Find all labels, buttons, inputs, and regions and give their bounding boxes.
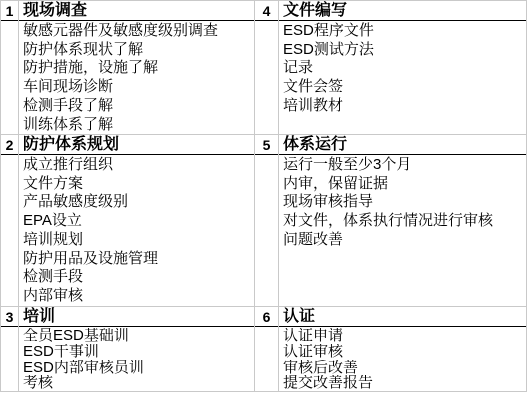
list-item: 现场审核指导 xyxy=(283,193,526,212)
list-item: 培训规划 xyxy=(23,231,254,250)
section-2-number-column: 2 xyxy=(1,135,19,306)
list-item: 防护措施，设施了解 xyxy=(23,59,254,78)
list-item: ESD测试方法 xyxy=(283,41,526,60)
section-2: 2 防护体系规划 成立推行组织 文件方案 产品敏感度级别 EPA设立 培训规划 … xyxy=(1,135,254,306)
section-6-content: 认证 认证申请 认证审核 审核后改善 提交改善报告 xyxy=(279,307,526,391)
list-item: 运行一般至少3个月 xyxy=(283,156,526,175)
section-4-items: ESD程序文件 ESD测试方法 记录 文件会签 培训教材 xyxy=(279,21,526,134)
list-item: ESD干事训 xyxy=(23,344,254,360)
list-item: 车间现场诊断 xyxy=(23,78,254,97)
list-item: 对文件，体系执行情况进行审核 xyxy=(283,212,526,231)
list-item: ESD内部审核员训 xyxy=(23,360,254,376)
list-item: 文件方案 xyxy=(23,175,254,194)
section-1-number: 1 xyxy=(1,1,18,21)
list-item: 成立推行组织 xyxy=(23,156,254,175)
section-6-number-column: 6 xyxy=(254,307,279,391)
list-item: 全员ESD基础训 xyxy=(23,328,254,344)
list-item: 防护体系现状了解 xyxy=(23,41,254,60)
section-5-number: 5 xyxy=(255,135,278,155)
section-5-number-column: 5 xyxy=(254,135,279,306)
section-6-items: 认证申请 认证审核 审核后改善 提交改善报告 xyxy=(279,327,526,391)
table-band-1: 1 现场调查 敏感元器件及敏感度级别调查 防护体系现状了解 防护措施，设施了解 … xyxy=(1,1,526,135)
list-item: 内部审核 xyxy=(23,287,254,306)
list-item: 考核 xyxy=(23,375,254,391)
section-1-number-column: 1 xyxy=(1,1,19,134)
section-3: 3 培训 全员ESD基础训 ESD干事训 ESD内部审核员训 考核 xyxy=(1,307,254,391)
list-item: 检测手段 xyxy=(23,268,254,287)
table-band-2: 2 防护体系规划 成立推行组织 文件方案 产品敏感度级别 EPA设立 培训规划 … xyxy=(1,135,526,307)
list-item: 文件会签 xyxy=(283,78,526,97)
section-6-number: 6 xyxy=(255,307,278,327)
list-item: 训练体系了解 xyxy=(23,116,254,134)
list-item: 防护用品及设施管理 xyxy=(23,250,254,269)
section-4-content: 文件编写 ESD程序文件 ESD测试方法 记录 文件会签 培训教材 xyxy=(279,1,526,134)
section-3-content: 培训 全员ESD基础训 ESD干事训 ESD内部审核员训 考核 xyxy=(19,307,254,391)
list-item: 敏感元器件及敏感度级别调查 xyxy=(23,22,254,41)
list-item: 内审，保留证据 xyxy=(283,175,526,194)
section-1-content: 现场调查 敏感元器件及敏感度级别调查 防护体系现状了解 防护措施，设施了解 车间… xyxy=(19,1,254,134)
section-4-number-column: 4 xyxy=(254,1,279,134)
section-6-title: 认证 xyxy=(279,307,526,327)
section-3-number: 3 xyxy=(1,307,18,327)
section-3-items: 全员ESD基础训 ESD干事训 ESD内部审核员训 考核 xyxy=(19,327,254,391)
table-band-3: 3 培训 全员ESD基础训 ESD干事训 ESD内部审核员训 考核 6 认证 认… xyxy=(1,307,526,391)
section-3-title: 培训 xyxy=(19,307,254,327)
section-5-items: 运行一般至少3个月 内审，保留证据 现场审核指导 对文件，体系执行情况进行审核 … xyxy=(279,155,526,306)
section-5: 5 体系运行 运行一般至少3个月 内审，保留证据 现场审核指导 对文件，体系执行… xyxy=(254,135,526,306)
section-1: 1 现场调查 敏感元器件及敏感度级别调查 防护体系现状了解 防护措施，设施了解 … xyxy=(1,1,254,134)
section-1-items: 敏感元器件及敏感度级别调查 防护体系现状了解 防护措施，设施了解 车间现场诊断 … xyxy=(19,21,254,134)
list-item: 认证申请 xyxy=(283,328,526,344)
section-5-content: 体系运行 运行一般至少3个月 内审，保留证据 现场审核指导 对文件，体系执行情况… xyxy=(279,135,526,306)
section-5-title: 体系运行 xyxy=(279,135,526,155)
section-4: 4 文件编写 ESD程序文件 ESD测试方法 记录 文件会签 培训教材 xyxy=(254,1,526,134)
list-item: 提交改善报告 xyxy=(283,375,526,391)
section-2-number: 2 xyxy=(1,135,18,155)
section-2-items: 成立推行组织 文件方案 产品敏感度级别 EPA设立 培训规划 防护用品及设施管理… xyxy=(19,155,254,306)
list-item: ESD程序文件 xyxy=(283,22,526,41)
list-item: 产品敏感度级别 xyxy=(23,193,254,212)
section-4-title: 文件编写 xyxy=(279,1,526,21)
list-item: 问题改善 xyxy=(283,231,526,250)
section-3-number-column: 3 xyxy=(1,307,19,391)
section-2-title: 防护体系规划 xyxy=(19,135,254,155)
list-item: 检测手段了解 xyxy=(23,97,254,116)
section-4-number: 4 xyxy=(255,1,278,21)
list-item: 培训教材 xyxy=(283,97,526,116)
list-item: 认证审核 xyxy=(283,344,526,360)
esd-process-table: 1 现场调查 敏感元器件及敏感度级别调查 防护体系现状了解 防护措施，设施了解 … xyxy=(0,0,527,392)
list-item: EPA设立 xyxy=(23,212,254,231)
section-1-title: 现场调查 xyxy=(19,1,254,21)
section-6: 6 认证 认证申请 认证审核 审核后改善 提交改善报告 xyxy=(254,307,526,391)
list-item: 审核后改善 xyxy=(283,360,526,376)
list-item: 记录 xyxy=(283,59,526,78)
section-2-content: 防护体系规划 成立推行组织 文件方案 产品敏感度级别 EPA设立 培训规划 防护… xyxy=(19,135,254,306)
